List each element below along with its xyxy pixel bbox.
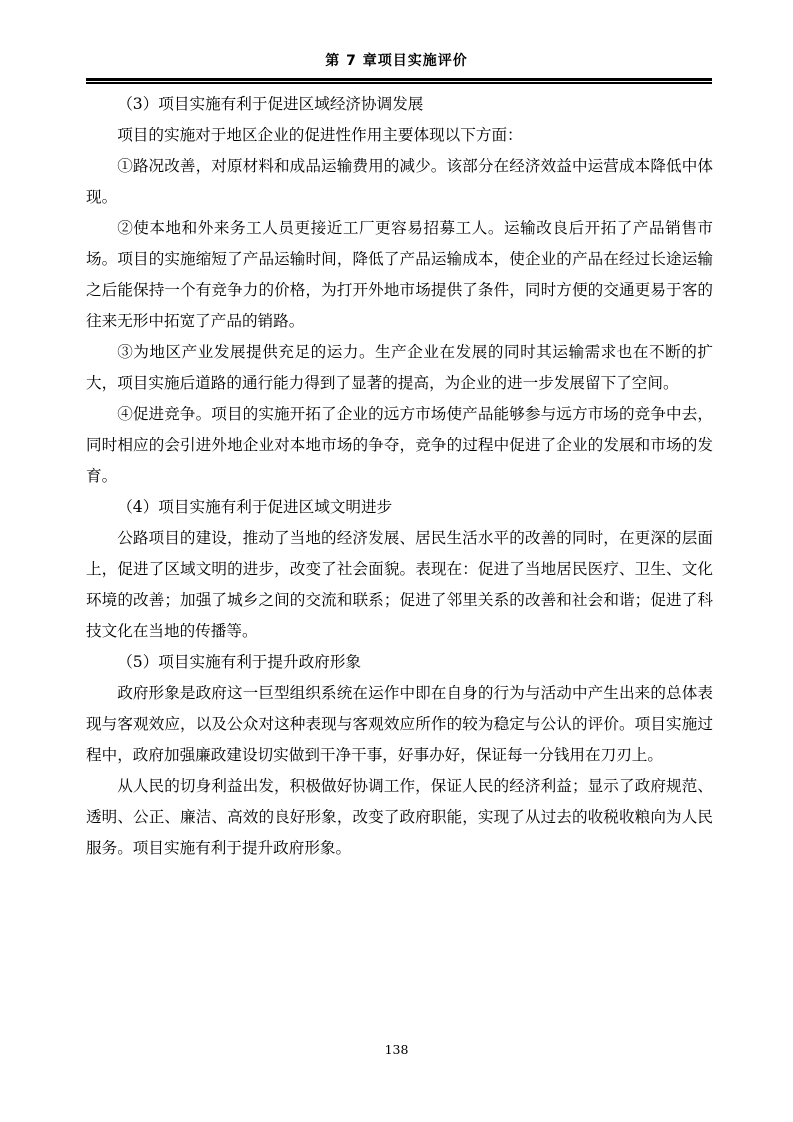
paragraph: 政府形象是政府这一巨型组织系统在运作中即在自身的行为与活动中产生出来的总体表现与… <box>86 678 713 771</box>
section-heading: （5）项目实施有利于提升政府形象 <box>86 647 713 678</box>
document-page: 第 7 章项目实施评价 （3）项目实施有利于促进区域经济协调发展项目的实施对于地… <box>0 0 793 1122</box>
section-heading: （3）项目实施有利于促进区域经济协调发展 <box>86 89 713 120</box>
document-body: （3）项目实施有利于促进区域经济协调发展项目的实施对于地区企业的促进性作用主要体… <box>86 89 713 864</box>
section-heading: （4）项目实施有利于促进区域文明进步 <box>86 492 713 523</box>
paragraph: ④促进竞争。项目的实施开拓了企业的远方市场使产品能够参与远方市场的竞争中去，同时… <box>86 399 713 492</box>
paragraph: ①路况改善，对原材料和成品运输费用的减少。该部分在经济效益中运营成本降低中体现。 <box>86 151 713 213</box>
chapter-header: 第 7 章项目实施评价 <box>0 50 793 70</box>
page-number: 138 <box>0 1042 793 1057</box>
paragraph: 项目的实施对于地区企业的促进性作用主要体现以下方面： <box>86 120 713 151</box>
paragraph: ②使本地和外来务工人员更接近工厂更容易招募工人。运输改良后开拓了产品销售市场。项… <box>86 213 713 337</box>
paragraph: ③为地区产业发展提供充足的运力。生产企业在发展的同时其运输需求也在不断的扩大，项… <box>86 337 713 399</box>
paragraph: 公路项目的建设，推动了当地的经济发展、居民生活水平的改善的同时，在更深的层面上，… <box>86 523 713 647</box>
paragraph: 从人民的切身利益出发，积极做好协调工作，保证人民的经济利益；显示了政府规范、透明… <box>86 771 713 864</box>
header-divider-rule <box>86 78 712 84</box>
